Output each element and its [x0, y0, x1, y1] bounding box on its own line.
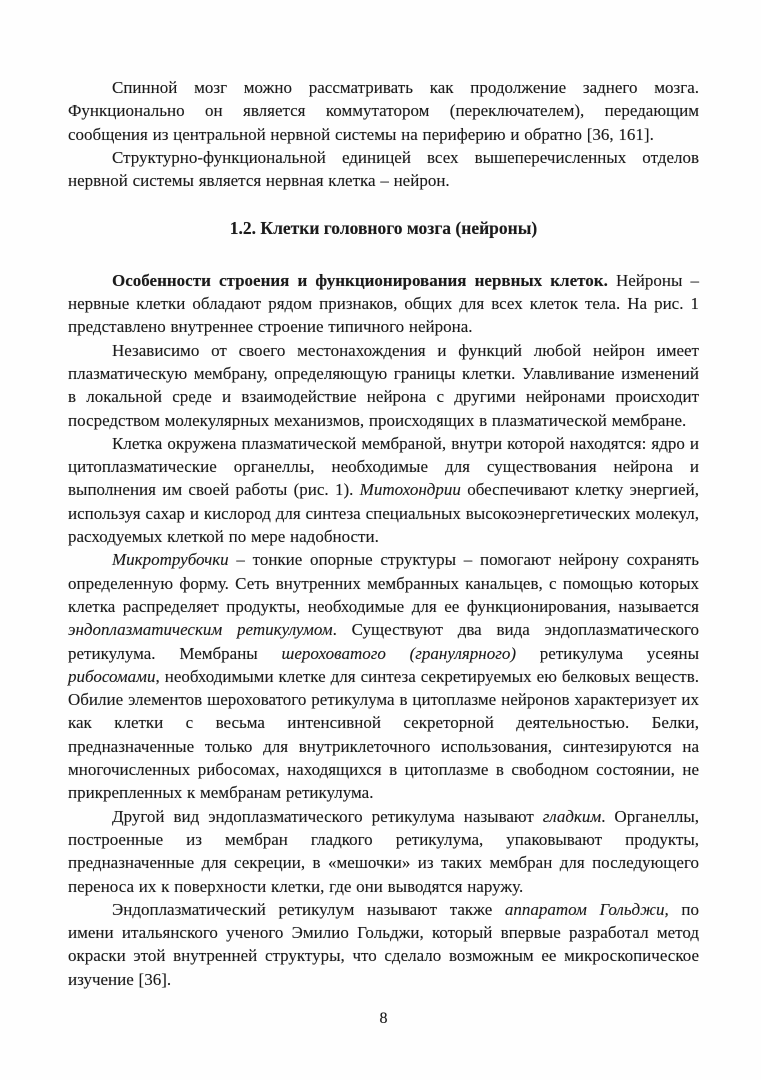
text-run-italic: шероховатого (гранулярного) [282, 644, 516, 663]
text-run-italic: Митохондрии [360, 480, 461, 499]
text-run-italic: рибосомами [68, 667, 156, 686]
paragraph-microtubules: Микротрубочки – тонкие опорные структуры… [68, 548, 699, 804]
text-run: Структурно-функциональной единицей всех … [68, 148, 699, 190]
text-run: , необходимыми клетке для синтеза секрет… [68, 667, 699, 802]
paragraph-spinal-cord: Спинной мозг можно рассматривать как про… [68, 76, 699, 146]
text-run: Независимо от своего местонахождения и ф… [68, 341, 699, 430]
paragraph-features-lead: Особенности строения и функционирования … [68, 269, 699, 339]
text-run: Спинной мозг можно рассматривать как про… [68, 78, 699, 144]
paragraph-mitochondria: Клетка окружена плазматической мембраной… [68, 432, 699, 548]
paragraph-golgi: Эндоплазматический ретикулум называют та… [68, 898, 699, 991]
paragraph-membrane: Независимо от своего местонахождения и ф… [68, 339, 699, 432]
page-number: 8 [68, 1007, 699, 1030]
text-run-italic: аппаратом Гольджи, [505, 900, 669, 919]
text-run-italic: Микротрубочки [112, 550, 229, 569]
text-run: ретикулума усеяны [516, 644, 699, 663]
text-run-bold: Особенности строения и функционирования … [112, 271, 608, 290]
paragraph-smooth-reticulum: Другой вид эндоплазматического ретикулум… [68, 805, 699, 898]
text-run-italic: эндоплазматическим ретикулумом [68, 620, 333, 639]
text-run: Эндоплазматический ретикулум называют та… [112, 900, 505, 919]
text-run-italic: гладким [543, 807, 601, 826]
document-page: Спинной мозг можно рассматривать как про… [0, 0, 761, 1080]
section-heading: 1.2. Клетки головного мозга (нейроны) [68, 217, 699, 240]
text-run: Другой вид эндоплазматического ретикулум… [112, 807, 543, 826]
paragraph-structural-unit: Структурно-функциональной единицей всех … [68, 146, 699, 193]
